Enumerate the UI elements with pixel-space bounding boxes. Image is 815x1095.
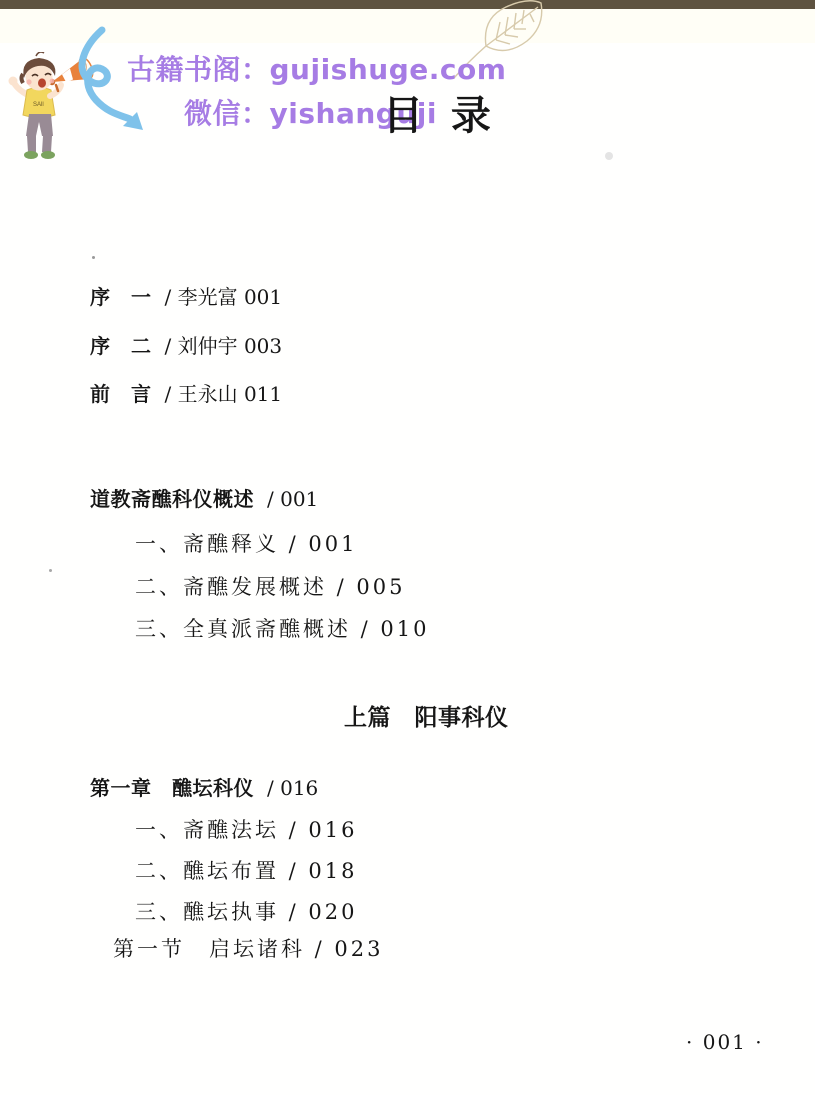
toc-entry-preface-2: 序 二/ 刘仲宇 003 [90, 336, 282, 356]
toc-entry-preface-1: 序 一/ 李光富 001 [90, 287, 282, 307]
toc-entry-preface-3: 前 言/ 王永山 011 [90, 384, 282, 404]
part-title: 上篇 阳事科仪 [344, 707, 509, 730]
toc-subentry: 三、全真派斋醮概述 / 010 [135, 619, 430, 640]
toc-entry-chapter-1: 第一章 醮坛科仪/ 016 [90, 778, 318, 798]
toc-entry-overview: 道教斋醮科仪概述/ 001 [90, 489, 318, 509]
scan-speck [49, 569, 52, 572]
watermark-site-text: 古籍书阁：gujishuge.com [127, 56, 506, 84]
toc-subentry: 二、醮坛布置 / 018 [135, 861, 358, 882]
toc-entry-page: / 001 [267, 487, 318, 511]
toc-entry-label: 序 一 [90, 285, 152, 309]
toc-entry-label: 第一章 醮坛科仪 [90, 776, 254, 800]
toc-entry-page: / 刘仲宇 003 [165, 334, 283, 358]
page-number: · 001 · [686, 1032, 764, 1052]
page-title: 目 录 [383, 96, 491, 136]
toc-entry-page: / 016 [267, 776, 318, 800]
scan-edge-bar [0, 0, 815, 9]
toc-entry-page: / 李光富 001 [165, 285, 283, 309]
toc-subentry: 三、醮坛执事 / 020 [135, 902, 358, 923]
scanned-book-page: SAll [0, 0, 815, 1095]
toc-entry-label: 前 言 [90, 382, 152, 406]
svg-text:SAll: SAll [33, 102, 44, 108]
toc-entry-page: / 王永山 011 [165, 382, 283, 406]
scan-speck [605, 152, 613, 160]
toc-subentry: 一、斋醮法坛 / 016 [135, 820, 358, 841]
scan-speck [92, 256, 95, 259]
toc-entry-label: 序 二 [90, 334, 152, 358]
toc-subentry: 二、斋醮发展概述 / 005 [135, 577, 406, 598]
toc-entry-label: 道教斋醮科仪概述 [90, 487, 254, 511]
toc-subentry: 一、斋醮释义 / 001 [135, 534, 358, 555]
toc-section-entry: 第一节 启坛诸科 / 023 [113, 939, 384, 960]
